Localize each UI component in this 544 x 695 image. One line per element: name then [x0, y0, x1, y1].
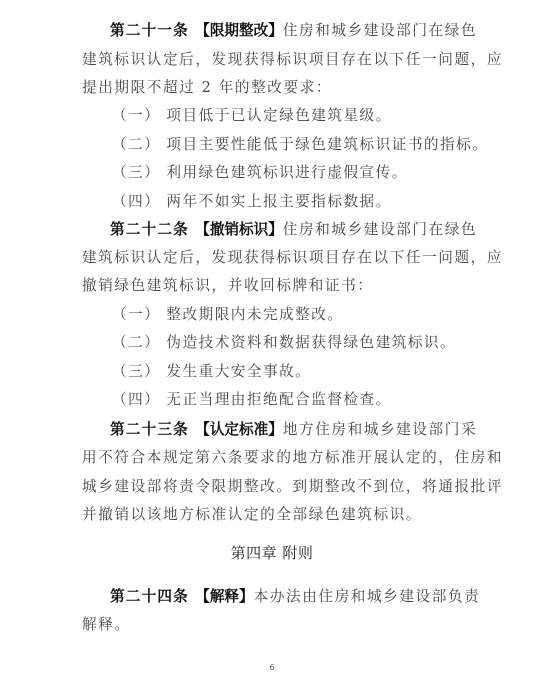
article-text: 住房和城乡建设部门在绿色	[283, 221, 477, 238]
list-item: （一） 项目低于已认定绿色建筑星级。	[112, 106, 492, 126]
article-tag: 【认定标准】	[195, 421, 283, 438]
list-item: （三） 发生重大安全事故。	[112, 362, 492, 382]
article-24-line-1: 第二十四条 【解释】本办法由住房和城乡建设部负责	[110, 587, 490, 607]
article-text: 住房和城乡建设部门在绿色	[283, 22, 477, 39]
article-23-line-3: 城乡建设部将责令限期整改。到期整改不到位，将通报批评	[82, 477, 462, 497]
list-item: （三） 利用绿色建筑标识进行虚假宣传。	[112, 163, 492, 183]
article-number: 第二十二条	[110, 221, 189, 238]
article-21-line-3: 提出期限不超过 2 年的整改要求：	[82, 78, 462, 98]
article-number: 第二十一条	[110, 22, 189, 39]
article-24-line-2: 解释。	[82, 615, 462, 635]
article-tag: 【撤销标识】	[195, 221, 283, 238]
page-number: 6	[0, 663, 544, 672]
article-tag: 【解释】	[195, 588, 253, 605]
document-page: 第二十一条 【限期整改】住房和城乡建设部门在绿色 建筑标识认定后，发现获得标识项…	[0, 0, 544, 695]
article-23-line-1: 第二十三条 【认定标准】地方住房和城乡建设部门采	[110, 420, 490, 440]
article-21-line-1: 第二十一条 【限期整改】住房和城乡建设部门在绿色	[110, 21, 490, 41]
chapter-heading: 第四章 附则	[0, 543, 544, 563]
list-item: （四） 两年不如实上报主要指标数据。	[112, 192, 492, 212]
article-22-line-3: 撤销绿色建筑标识，并收回标牌和证书：	[82, 276, 462, 296]
article-22-line-1: 第二十二条 【撤销标识】住房和城乡建设部门在绿色	[110, 220, 490, 240]
article-23-line-4: 并撤销以该地方标准认定的全部绿色建筑标识。	[82, 505, 462, 525]
article-23-line-2: 用不符合本规定第六条要求的地方标准开展认定的，住房和	[82, 448, 462, 468]
article-text: 地方住房和城乡建设部门采	[283, 421, 477, 438]
article-number: 第二十三条	[110, 421, 189, 438]
article-21-line-2: 建筑标识认定后，发现获得标识项目存在以下任一问题，应	[82, 50, 462, 70]
article-tag: 【限期整改】	[195, 22, 283, 39]
list-item: （二） 伪造技术资料和数据获得绿色建筑标识。	[112, 333, 492, 353]
article-text: 本办法由住房和城乡建设部负责	[254, 588, 481, 605]
article-22-line-2: 建筑标识认定后，发现获得标识项目存在以下任一问题，应	[82, 248, 462, 268]
list-item: （二） 项目主要性能低于绿色建筑标识证书的指标。	[112, 135, 492, 155]
list-item: （四） 无正当理由拒绝配合监督检查。	[112, 390, 492, 410]
article-number: 第二十四条	[110, 588, 189, 605]
list-item: （一） 整改期限内未完成整改。	[112, 305, 492, 325]
